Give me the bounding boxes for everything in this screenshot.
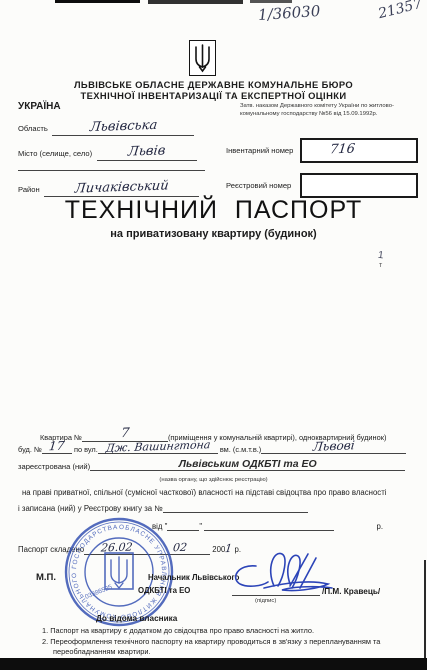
record-label: і записана (ний) у Реєстрову книгу за №	[18, 504, 163, 513]
notice-list: 1. Паспорт на квартиру є додатком до сві…	[42, 626, 397, 658]
handwritten-corner-number: 21357	[377, 0, 424, 22]
district-line: Личаківський	[44, 178, 199, 197]
notice-item-2: 2. Переоформлення технічного паспорту на…	[42, 637, 397, 658]
trident-icon	[190, 41, 215, 75]
chief-title-line1: Начальник Львівського	[148, 573, 239, 582]
street-handwritten-value: Дж. Вашингтона	[105, 438, 211, 455]
org-name-line2: ТЕХНІЧНОЇ ІНВЕНТАРИЗАЦІЇ ТА ЕКСПЕРТНОЇ О…	[0, 90, 427, 101]
building-number-value: 17	[48, 439, 65, 454]
registered-line: зареєстрована (ний)Львівським ОДКБТІ та …	[18, 458, 405, 471]
field-oblast: Область Львівська	[18, 117, 194, 136]
date-month-line	[204, 530, 334, 531]
place-line: Львові	[261, 439, 406, 454]
chief-title-line2: ОДКБТІ та ЕО	[138, 586, 190, 595]
field-district: Район Личаківський	[18, 178, 199, 197]
street-line: Дж. Вашингтона	[98, 440, 218, 454]
document-title: ТЕХНІЧНИЙ ПАСПОРТ	[0, 196, 427, 225]
inventory-number-value: 716	[329, 142, 356, 158]
blank-line	[18, 158, 205, 171]
building-number-label: буд. №	[18, 445, 42, 454]
notice-item-1: 1. Паспорт на квартиру є додатком до сві…	[42, 626, 397, 637]
country-label: УКРАЇНА	[18, 101, 61, 112]
oblast-line: Львівська	[52, 117, 194, 136]
street-label: по вул.	[74, 445, 98, 454]
org-name-line1: ЛЬВІВСЬКЕ ОБЛАСНЕ ДЕРЖАВНЕ КОМУНАЛЬНЕ БЮ…	[0, 79, 427, 90]
official-round-stamp: ОБЛАСНЕ УПРАВЛІННЯ ЖИТЛОВО-КОМУНАЛЬНОГО …	[62, 515, 176, 629]
record-line: і записана (ний) у Реєстрову книгу за №	[18, 504, 308, 513]
inventory-number-label: Інвентарний номер	[226, 146, 293, 155]
mp-label: М.П.	[36, 572, 56, 583]
year-prefix: 200	[212, 545, 225, 554]
document-subtitle: на приватизовану квартиру (будинок)	[0, 228, 427, 240]
oblast-handwritten-value: Львівська	[89, 118, 158, 135]
place-handwritten-value: Львові	[312, 438, 355, 453]
scan-bottom-bar	[0, 658, 427, 670]
notice-title: До відома власника	[96, 614, 177, 623]
place-label: вм. (с.м.т.в.)	[220, 445, 261, 454]
signature-caption: (підпис)	[255, 598, 276, 604]
oblast-label: Область	[18, 124, 48, 133]
building-number-line: 17	[42, 439, 72, 454]
stray-pen-mark-2: т	[379, 262, 382, 269]
quote-close: "	[199, 522, 202, 531]
inventory-number-box: 716	[300, 138, 418, 163]
scan-artifact	[55, 0, 140, 3]
district-label: Район	[18, 185, 40, 194]
city-label: Місто (селище, село)	[18, 149, 92, 158]
registered-org-value: Львівським ОДКБТІ та ЕО	[179, 458, 317, 470]
registered-label: зареєстрована (ний)	[18, 462, 90, 471]
ukraine-trident-emblem	[189, 40, 216, 76]
chief-name: /П.М. Кравець/	[322, 587, 380, 596]
technical-passport-document: 1/36030 21357 ЛЬВІВСЬКЕ ОБЛАСНЕ ДЕРЖАВНЕ…	[0, 0, 427, 670]
building-line: буд. №17 по вул.Дж. Вашингтона вм. (с.м.…	[18, 439, 406, 454]
stray-pen-mark: 1	[377, 250, 384, 262]
ownership-text: на праві приватної, спільної (сумісної ч…	[22, 488, 387, 497]
stamp-icon: ОБЛАСНЕ УПРАВЛІННЯ ЖИТЛОВО-КОМУНАЛЬНОГО …	[62, 515, 176, 629]
org-caption: (назва органу, що здійснює реєстрацію)	[0, 477, 427, 483]
registered-org-line: Львівським ОДКБТІ та ЕО	[90, 458, 405, 471]
date-line: від "" р.	[152, 522, 383, 531]
handwritten-corner-reference: 1/36030	[257, 2, 320, 24]
scan-artifact	[148, 0, 243, 4]
signature-line	[232, 595, 320, 596]
record-number-line	[163, 512, 308, 513]
approval-note: Затв. наказом Державного комітету Україн…	[240, 103, 418, 119]
registry-number-box	[300, 173, 418, 198]
date-year-suffix: р.	[377, 522, 384, 531]
scan-artifact	[250, 0, 292, 3]
scan-edge-artifact	[424, 560, 426, 658]
district-handwritten-value: Личаківський	[74, 178, 169, 196]
registry-number-label: Реєстровий номер	[226, 181, 291, 190]
